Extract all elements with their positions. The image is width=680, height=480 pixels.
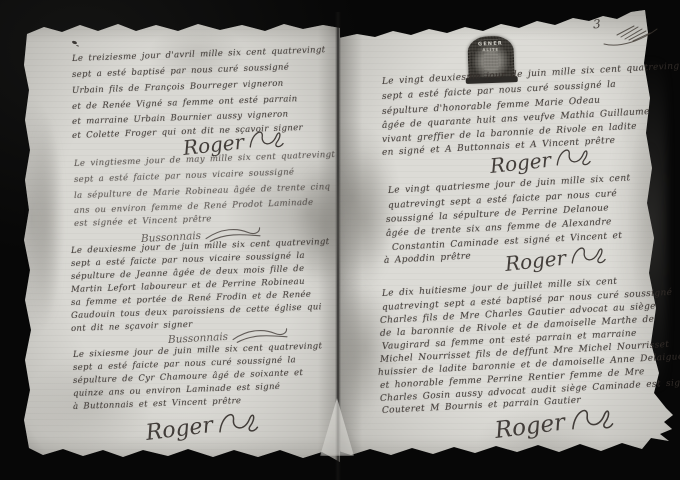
scanned-register-spread: GENER ALITE 3 Le treiziesme jour d'avril…: [0, 0, 680, 480]
signature-text: Bussonnais: [168, 332, 229, 346]
paraph-flourish-icon: [214, 404, 262, 441]
signature-text: Roger: [489, 150, 552, 176]
signature-text: Roger: [494, 411, 567, 442]
signature-text: Roger: [145, 415, 215, 445]
paraph-flourish-icon: [566, 400, 616, 439]
pen-flourish-icon: [601, 22, 659, 48]
signature-text: Roger: [504, 248, 567, 274]
paraph-flourish-icon: [552, 141, 593, 173]
page-number: 3: [592, 18, 601, 31]
paraph-flourish-icon: [245, 123, 286, 155]
paraph-flourish-icon: [567, 239, 608, 271]
